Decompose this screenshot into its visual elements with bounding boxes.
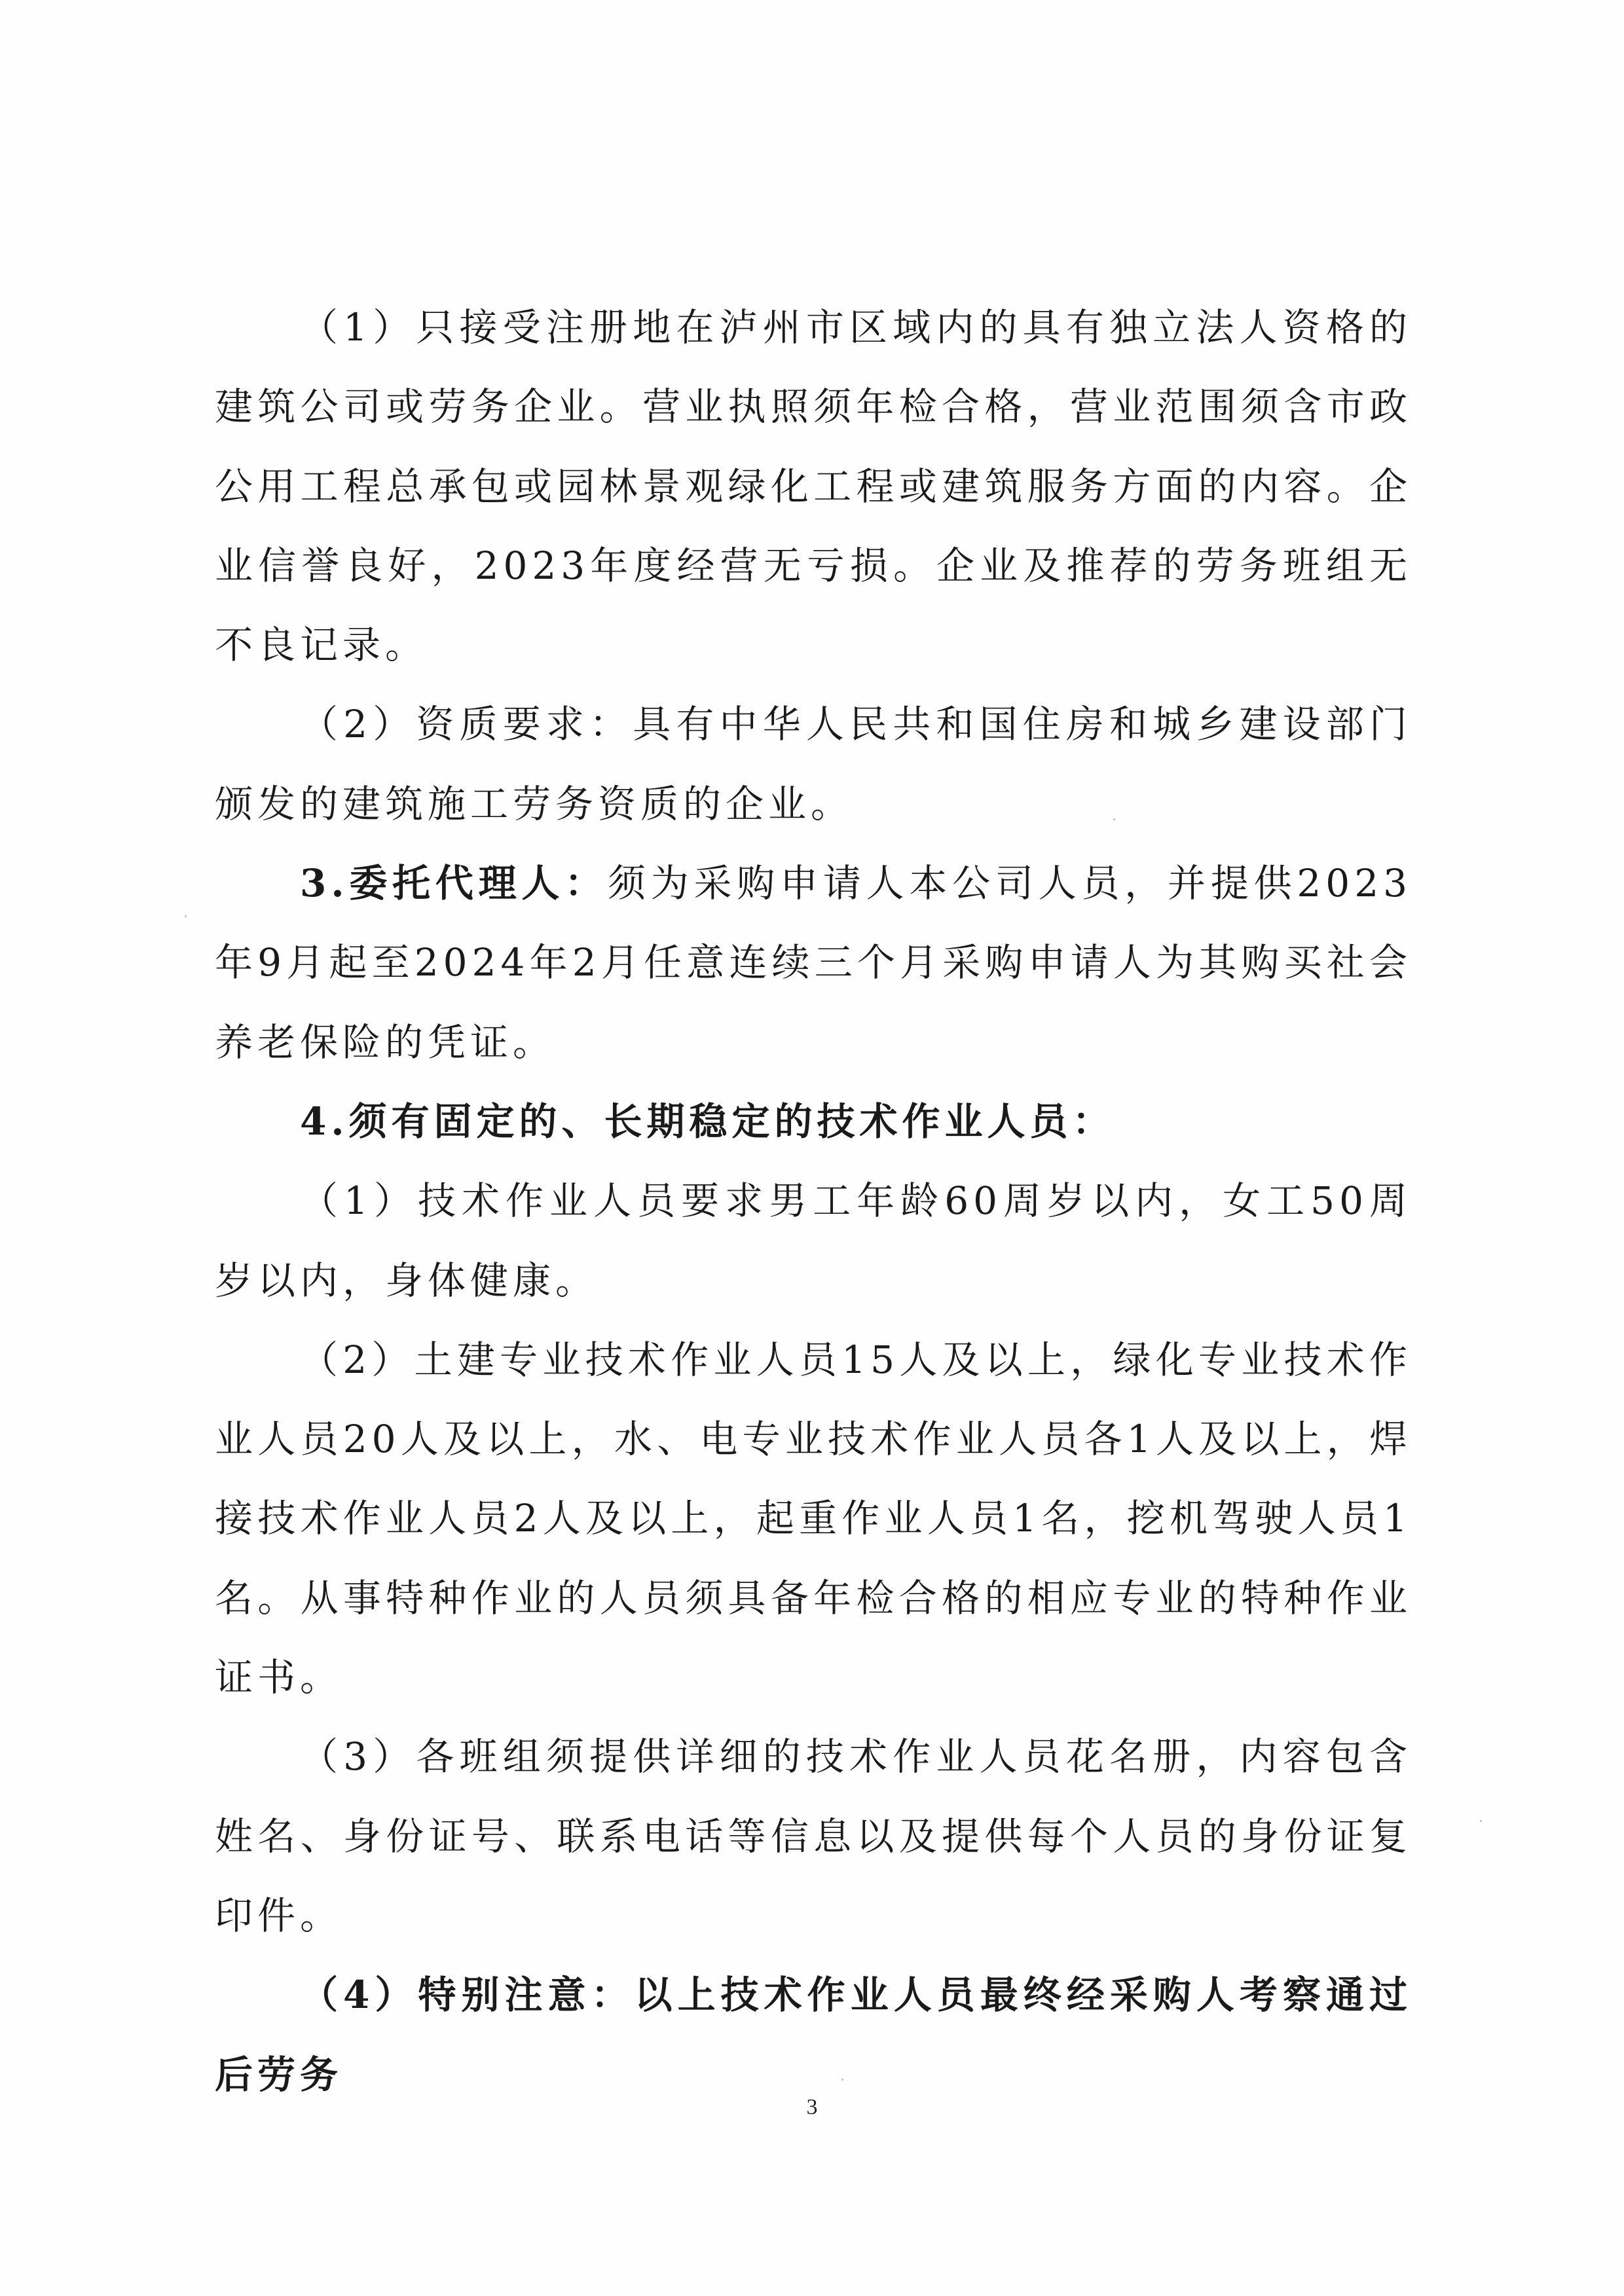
document-page: （1）只接受注册地在泸州市区域内的具有独立法人资格的建筑公司或劳务企业。营业执照… [0, 0, 1624, 2296]
paragraph-business-license-requirement: （1）只接受注册地在泸州市区域内的具有独立法人资格的建筑公司或劳务企业。营业执照… [215, 288, 1412, 685]
page-number: 3 [0, 2095, 1624, 2120]
paragraph-lead: （4）特别注意：以上技术作业人员最终经采购人考察通过后劳务 [215, 1973, 1412, 2096]
scan-speck [841, 2079, 843, 2081]
scan-speck [1480, 1820, 1482, 1822]
paragraph-staff-count-requirement: （2）土建专业技术作业人员15人及以上，绿化专业技术作业人员20人及以上，水、电… [215, 1321, 1412, 1717]
paragraph-heading-technical-staff: 4.须有固定的、长期稳定的技术作业人员： [300, 1099, 1115, 1144]
scan-speck [1113, 818, 1115, 820]
paragraph-qualification-requirement: （2）资质要求：具有中华人民共和国住房和城乡建设部门颁发的建筑施工劳务资质的企业… [215, 685, 1412, 844]
paragraph-text: （1）技术作业人员要求男工年龄60周岁以内，女工50周岁以内，身体健康。 [215, 1178, 1412, 1302]
paragraph-heading-authorized-agent: 3.委托代理人： [300, 861, 608, 905]
section-heading-technical-staff: 4.须有固定的、长期稳定的技术作业人员： [215, 1082, 1412, 1161]
document-body: （1）只接受注册地在泸州市区域内的具有独立法人资格的建筑公司或劳务企业。营业执照… [215, 288, 1412, 2115]
paragraph-roster-requirement: （3）各班组须提供详细的技术作业人员花名册，内容包含姓名、身份证号、联系电话等信… [215, 1717, 1412, 1956]
paragraph-text: （3）各班组须提供详细的技术作业人员花名册，内容包含姓名、身份证号、联系电话等信… [215, 1734, 1412, 1938]
paragraph-special-note: （4）特别注意：以上技术作业人员最终经采购人考察通过后劳务 [215, 1956, 1412, 2115]
paragraph-authorized-agent: 3.委托代理人：须为采购申请人本公司人员，并提供2023年9月起至2024年2月… [215, 844, 1412, 1082]
scan-speck [185, 915, 187, 917]
paragraph-text: （2）土建专业技术作业人员15人及以上，绿化专业技术作业人员20人及以上，水、电… [215, 1338, 1412, 1700]
paragraph-age-requirement: （1）技术作业人员要求男工年龄60周岁以内，女工50周岁以内，身体健康。 [215, 1161, 1412, 1321]
paragraph-text: （2）资质要求：具有中华人民共和国住房和城乡建设部门颁发的建筑施工劳务资质的企业… [215, 702, 1412, 826]
paragraph-text: （1）只接受注册地在泸州市区域内的具有独立法人资格的建筑公司或劳务企业。营业执照… [215, 305, 1412, 667]
